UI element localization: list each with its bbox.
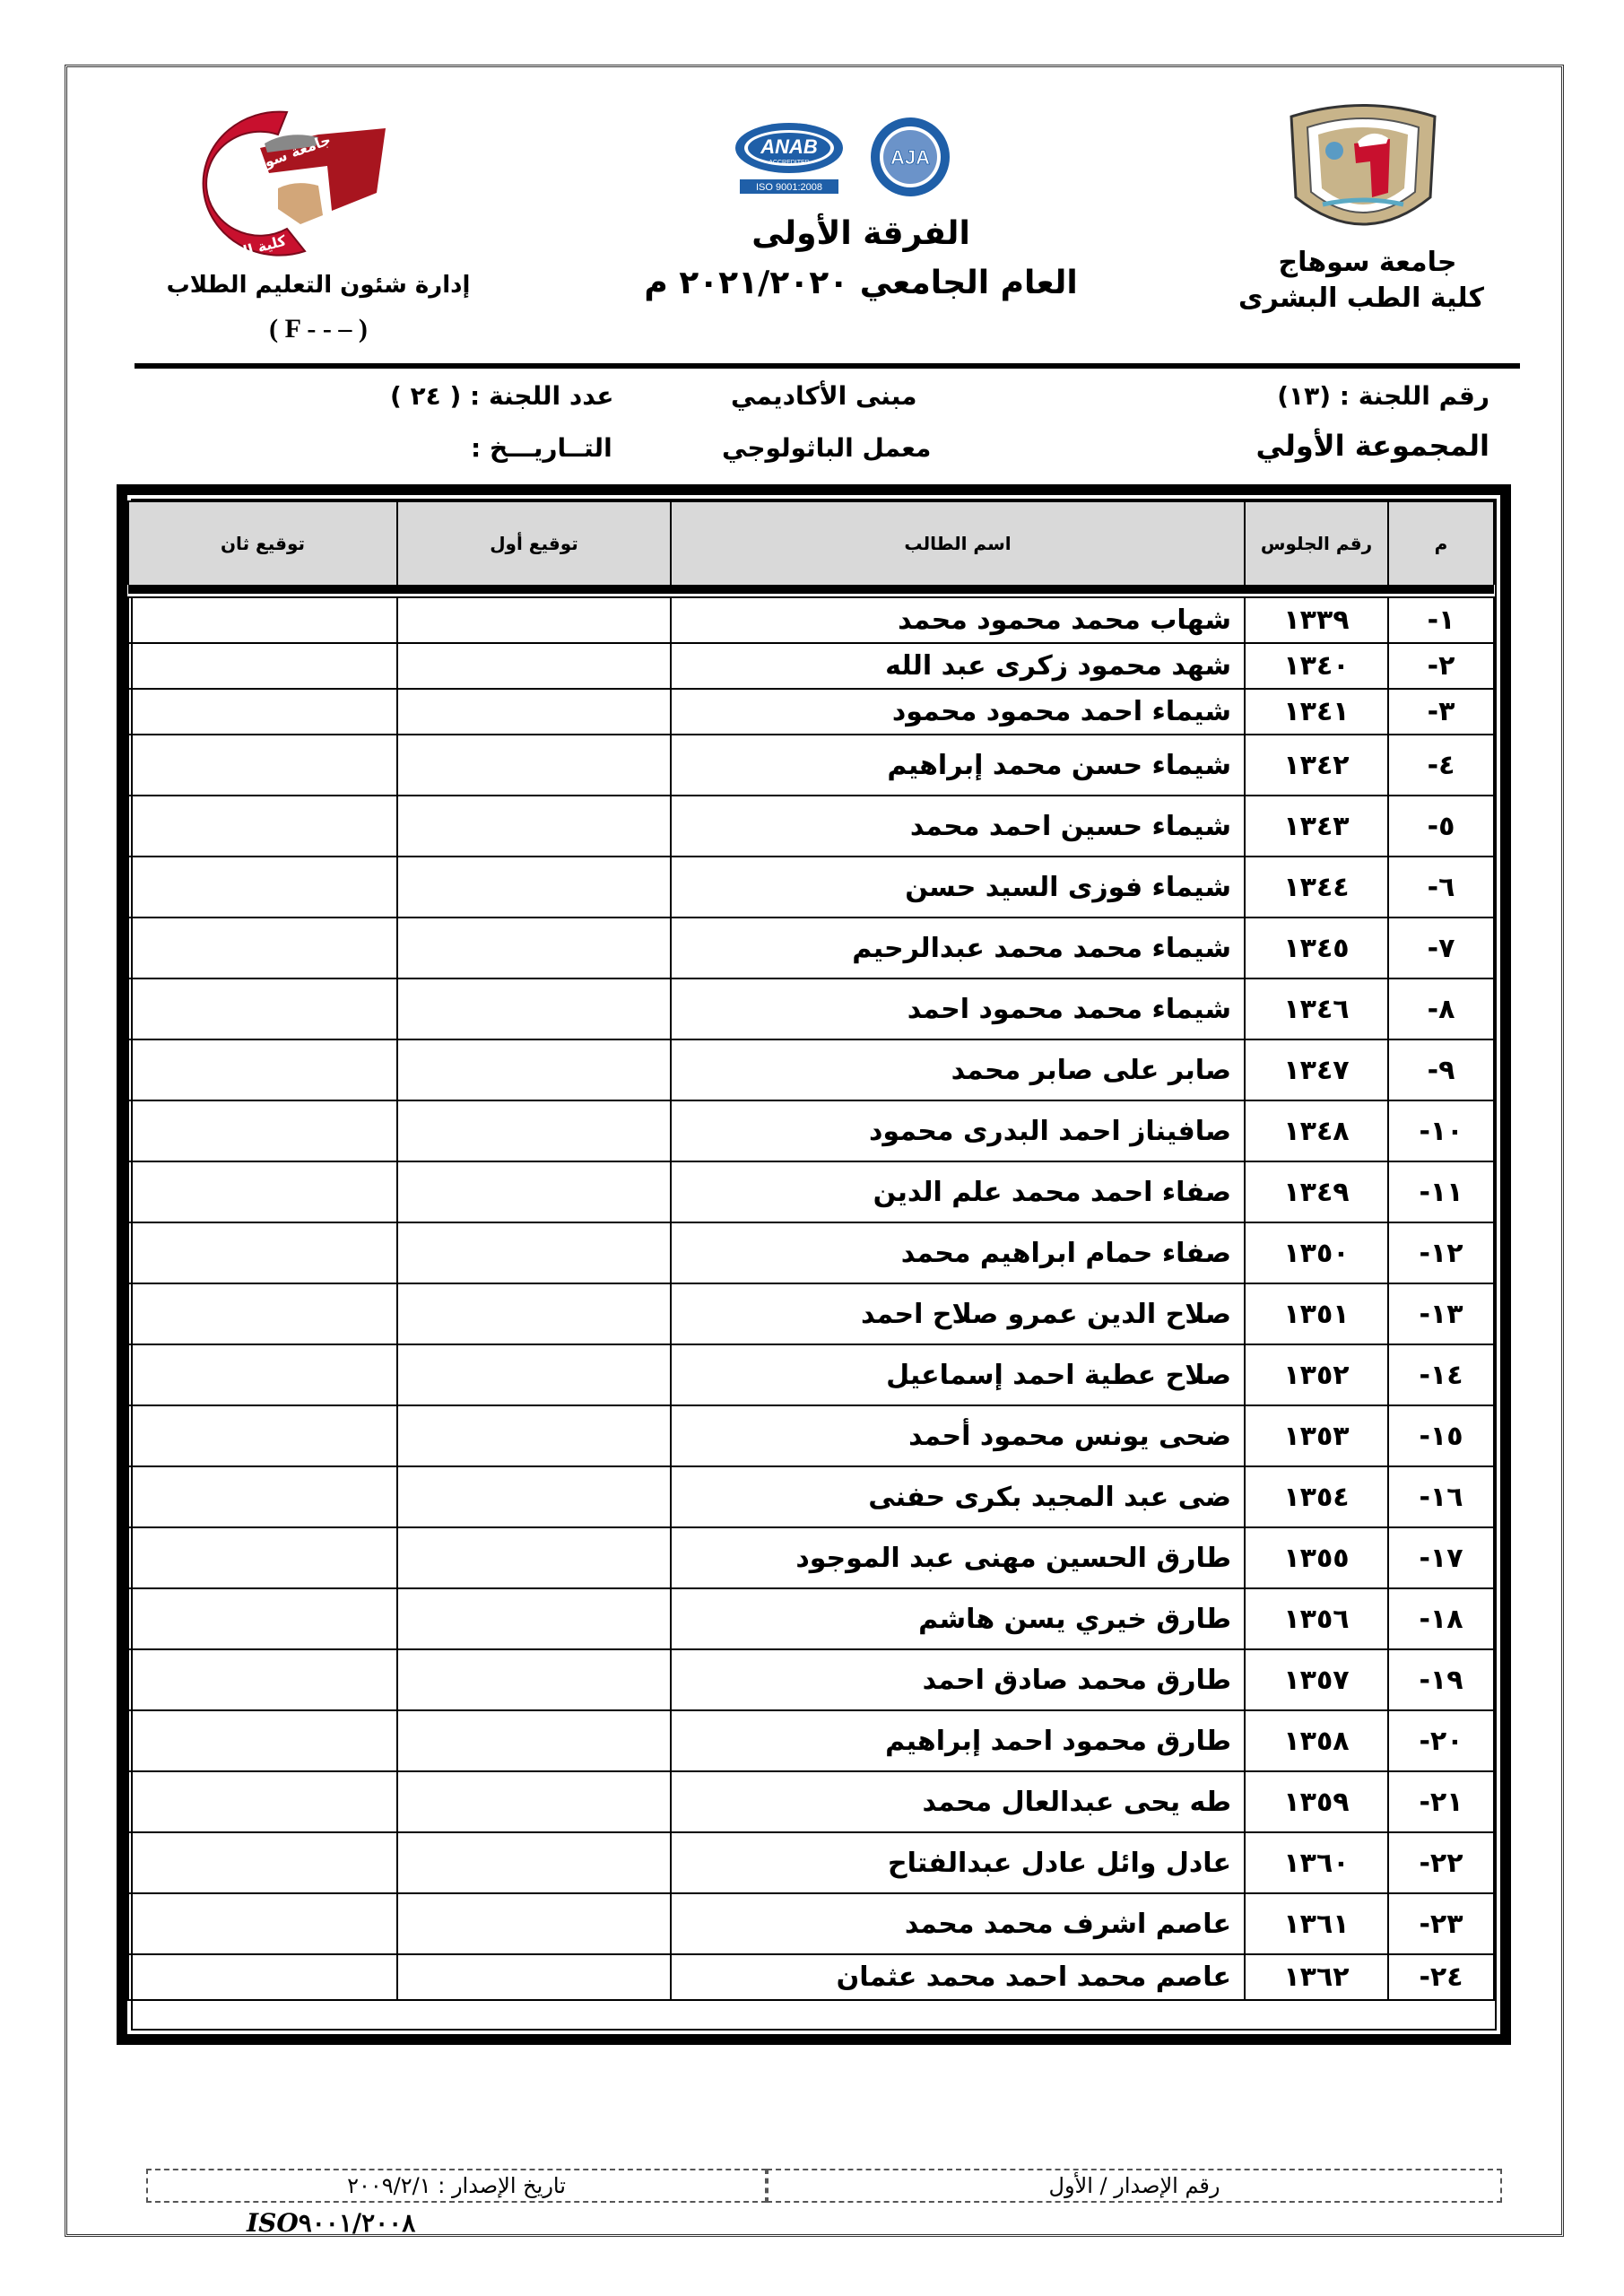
iso-prefix: ISO [247,2208,299,2238]
first-signature-cell[interactable] [397,1954,671,2000]
table-row: ٧-١٣٤٥شيماء محمد محمد عبدالرحيم [128,918,1494,978]
student-name: صفاء احمد محمد علم الدين [671,1161,1245,1222]
first-signature-cell[interactable] [397,1771,671,1832]
first-signature-cell[interactable] [397,1039,671,1100]
second-signature-cell[interactable] [128,1039,397,1100]
table-row: ١٣-١٣٥١صلاح الدين عمرو صلاح احمد [128,1283,1494,1344]
header-first-signature: توقيع أول [397,501,671,585]
student-name: صفاء حمام ابراهيم محمد [671,1222,1245,1283]
row-index: ٦- [1388,857,1494,918]
row-index: ٥- [1388,796,1494,857]
row-index: ١٠- [1388,1100,1494,1161]
seat-number: ١٣٤٥ [1245,918,1388,978]
anab-logo-text: ANAB [760,135,818,158]
first-signature-cell[interactable] [397,1222,671,1283]
seat-number: ١٣٥٥ [1245,1527,1388,1588]
committee-group: المجموعة الأولي [1256,429,1490,463]
first-signature-cell[interactable] [397,1527,671,1588]
student-name: طارق خيري يسن هاشم [671,1588,1245,1649]
second-signature-cell[interactable] [128,735,397,796]
second-signature-cell[interactable] [128,1588,397,1649]
seat-number: ١٣٥٣ [1245,1405,1388,1466]
academic-year-title: العام الجامعي ٢٠٢١/٢٠٢٠ م [574,265,1148,301]
row-index: ٣- [1388,689,1494,735]
row-index: ١٢- [1388,1222,1494,1283]
header-student-name: اسم الطالب [671,501,1245,585]
seat-number: ١٣٤٠ [1245,643,1388,689]
row-index: ٧- [1388,918,1494,978]
student-name: شيماء حسن محمد إبراهيم [671,735,1245,796]
seat-number: ١٣٤٧ [1245,1039,1388,1100]
attendance-grid: م رقم الجلوس اسم الطالب توقيع أول توقيع … [127,500,1495,2001]
university-name: جامعة سوهاج [1251,247,1484,278]
first-signature-cell[interactable] [397,1100,671,1161]
faculty-of-medicine-logo: جامعة سوهاج كلية الطب [152,103,413,260]
seat-number: ١٣٤٩ [1245,1161,1388,1222]
faculty-name: كلية الطب البشرى [1251,283,1484,314]
seat-number: ١٣٤٨ [1245,1100,1388,1161]
student-name: شيماء حسين احمد محمد [671,796,1245,857]
student-name: طه يحى عبدالعال محمد [671,1771,1245,1832]
row-index: ١٨- [1388,1588,1494,1649]
row-index: ٢٢- [1388,1832,1494,1893]
second-signature-cell[interactable] [128,689,397,735]
table-row: ٢-١٣٤٠شهد محمود زكرى عبد الله [128,643,1494,689]
first-signature-cell[interactable] [397,689,671,735]
student-name: شيماء محمد محمود احمد [671,978,1245,1039]
header-seat-number: رقم الجلوس [1245,501,1388,585]
building-name: مبنى الأكاديمي [731,381,917,411]
row-index: ٢١- [1388,1771,1494,1832]
table-row: ٣-١٣٤١شيماء احمد محمود محمود [128,689,1494,735]
second-signature-cell[interactable] [128,1100,397,1161]
row-index: ١٧- [1388,1527,1494,1588]
row-index: ١٣- [1388,1283,1494,1344]
second-signature-cell[interactable] [128,1527,397,1588]
second-signature-cell[interactable] [128,796,397,857]
first-signature-cell[interactable] [397,796,671,857]
seat-number: ١٣٤٣ [1245,796,1388,857]
seat-number: ١٣٤٦ [1245,978,1388,1039]
first-signature-cell[interactable] [397,597,671,643]
student-affairs-department: إدارة شئون التعليم الطلاب [161,272,475,299]
form-code: ( F - - – ) [170,314,466,344]
second-signature-cell[interactable] [128,1710,397,1771]
first-signature-cell[interactable] [397,1588,671,1649]
seat-number: ١٣٥٦ [1245,1588,1388,1649]
student-name: طارق محمود احمد إبراهيم [671,1710,1245,1771]
row-index: ١٥- [1388,1405,1494,1466]
student-name: ضحى يونس محمود أحمد [671,1405,1245,1466]
svg-text:AJA: AJA [890,146,930,169]
first-signature-cell[interactable] [397,1649,671,1710]
student-name: طارق محمد صادق احمد [671,1649,1245,1710]
student-name: عاصم محمد احمد محمد عثمان [671,1954,1245,2000]
first-signature-cell[interactable] [397,1893,671,1954]
student-name: صابر على صابر محمد [671,1039,1245,1100]
table-row: ١٩-١٣٥٧طارق محمد صادق احمد [128,1649,1494,1710]
header-index: م [1388,501,1494,585]
table-row: ١٠-١٣٤٨صافيناز احمد البدرى محمود [128,1100,1494,1161]
table-row: ٦-١٣٤٤شيماء فوزى السيد حسن [128,857,1494,918]
iso-accreditation-logos: ANAB ACCREDITED ISO 9001:2008 AJA [726,112,995,202]
student-name: عاصم اشرف محمد محمد [671,1893,1245,1954]
committee-count: عدد اللجنة : ( ٢٤ ) [390,381,614,411]
table-row: ١٧-١٣٥٥طارق الحسين مهنى عبد الموجود [128,1527,1494,1588]
second-signature-cell[interactable] [128,1649,397,1710]
row-index: ٢٠- [1388,1710,1494,1771]
table-row: ١٨-١٣٥٦طارق خيري يسن هاشم [128,1588,1494,1649]
student-name: ضى عبد المجيد بكرى حفنى [671,1466,1245,1527]
row-index: ٢٣- [1388,1893,1494,1954]
seat-number: ١٣٦٠ [1245,1832,1388,1893]
iso-number: ٩٠٠١/٢٠٠٨ [299,2208,416,2238]
first-signature-cell[interactable] [397,1710,671,1771]
row-index: ٨- [1388,978,1494,1039]
header-second-signature: توقيع ثان [128,501,397,585]
row-index: ١- [1388,597,1494,643]
seat-number: ١٣٤٤ [1245,857,1388,918]
iso-standard-label: ISO٩٠٠١/٢٠٠٨ [247,2208,415,2238]
seat-number: ١٣٥٧ [1245,1649,1388,1710]
attendance-table: م رقم الجلوس اسم الطالب توقيع أول توقيع … [117,484,1511,2045]
row-index: ١٩- [1388,1649,1494,1710]
student-name: شيماء محمد محمد عبدالرحيم [671,918,1245,978]
table-row: ٩-١٣٤٧صابر على صابر محمد [128,1039,1494,1100]
exam-date-label: التــاريـــخ : [471,433,612,463]
table-row: ١٤-١٣٥٢صلاح عطية احمد إسماعيل [128,1344,1494,1405]
header-divider [135,363,1520,369]
second-signature-cell[interactable] [128,1344,397,1405]
second-signature-cell[interactable] [128,1954,397,2000]
table-row: ١-١٣٣٩شهاب محمد محمود محمد [128,597,1494,643]
table-row: ٢١-١٣٥٩طه يحى عبدالعال محمد [128,1771,1494,1832]
seat-number: ١٣٤٢ [1245,735,1388,796]
second-signature-cell[interactable] [128,1832,397,1893]
table-row: ٢٣-١٣٦١عاصم اشرف محمد محمد [128,1893,1494,1954]
first-signature-cell[interactable] [397,643,671,689]
second-signature-cell[interactable] [128,918,397,978]
row-index: ١٦- [1388,1466,1494,1527]
seat-number: ١٣٤١ [1245,689,1388,735]
table-row: ٢٠-١٣٥٨طارق محمود احمد إبراهيم [128,1710,1494,1771]
second-signature-cell[interactable] [128,1405,397,1466]
table-row: ١٢-١٣٥٠صفاء حمام ابراهيم محمد [128,1222,1494,1283]
year-group-title: الفرقة الأولى [628,215,1094,252]
first-signature-cell[interactable] [397,1466,671,1527]
student-name: طارق الحسين مهنى عبد الموجود [671,1527,1245,1588]
table-row: ٢٤-١٣٦٢عاصم محمد احمد محمد عثمان [128,1954,1494,2000]
first-signature-cell[interactable] [397,1405,671,1466]
seat-number: ١٣٥٤ [1245,1466,1388,1527]
seat-number: ١٣٥٨ [1245,1710,1388,1771]
second-signature-cell[interactable] [128,978,397,1039]
sohag-university-crest-logo [1282,99,1444,251]
second-signature-cell[interactable] [128,1161,397,1222]
table-row: ١٦-١٣٥٤ضى عبد المجيد بكرى حفنى [128,1466,1494,1527]
first-signature-cell[interactable] [397,978,671,1039]
second-signature-cell[interactable] [128,1893,397,1954]
seat-number: ١٣٦٢ [1245,1954,1388,2000]
second-signature-cell[interactable] [128,1222,397,1283]
issue-date-box: تاريخ الإصدار : ٢٠٠٩/٢/١ [146,2169,767,2203]
seat-number: ١٣٣٩ [1245,597,1388,643]
first-signature-cell[interactable] [397,1344,671,1405]
student-name: صلاح الدين عمرو صلاح احمد [671,1283,1245,1344]
seat-number: ١٣٥٢ [1245,1344,1388,1405]
first-signature-cell[interactable] [397,857,671,918]
first-signature-cell[interactable] [397,1832,671,1893]
row-index: ١١- [1388,1161,1494,1222]
first-signature-cell[interactable] [397,918,671,978]
second-signature-cell[interactable] [128,643,397,689]
first-signature-cell[interactable] [397,735,671,796]
student-name: عادل وائل عادل عبدالفتاح [671,1832,1245,1893]
svg-text:ACCREDITED: ACCREDITED [769,160,810,166]
second-signature-cell[interactable] [128,1283,397,1344]
seat-number: ١٣٥٠ [1245,1222,1388,1283]
seat-number: ١٣٦١ [1245,1893,1388,1954]
student-name: صافيناز احمد البدرى محمود [671,1100,1245,1161]
svg-text:ISO 9001:2008: ISO 9001:2008 [756,182,822,193]
second-signature-cell[interactable] [128,1771,397,1832]
student-name: شيماء احمد محمود محمود [671,689,1245,735]
lab-name: معمل الباثولوجي [722,433,931,463]
table-row: ٥-١٣٤٣شيماء حسين احمد محمد [128,796,1494,857]
first-signature-cell[interactable] [397,1161,671,1222]
row-index: ٤- [1388,735,1494,796]
table-row: ١٥-١٣٥٣ضحى يونس محمود أحمد [128,1405,1494,1466]
second-signature-cell[interactable] [128,597,397,643]
row-index: ٢- [1388,643,1494,689]
student-name: شهاب محمد محمود محمد [671,597,1245,643]
issue-number-box: رقم الإصدار / الأول [767,2169,1502,2203]
row-index: ٢٤- [1388,1954,1494,2000]
table-row: ٤-١٣٤٢شيماء حسن محمد إبراهيم [128,735,1494,796]
second-signature-cell[interactable] [128,857,397,918]
student-name: شهد محمود زكرى عبد الله [671,643,1245,689]
table-row: ١١-١٣٤٩صفاء احمد محمد علم الدين [128,1161,1494,1222]
row-index: ١٤- [1388,1344,1494,1405]
seat-number: ١٣٥٩ [1245,1771,1388,1832]
table-row: ٢٢-١٣٦٠عادل وائل عادل عبدالفتاح [128,1832,1494,1893]
second-signature-cell[interactable] [128,1466,397,1527]
student-name: شيماء فوزى السيد حسن [671,857,1245,918]
row-index: ٩- [1388,1039,1494,1100]
first-signature-cell[interactable] [397,1283,671,1344]
table-row: ٨-١٣٤٦شيماء محمد محمود احمد [128,978,1494,1039]
seat-number: ١٣٥١ [1245,1283,1388,1344]
student-name: صلاح عطية احمد إسماعيل [671,1344,1245,1405]
committee-number: رقم اللجنة : (١٣) [1277,381,1489,411]
